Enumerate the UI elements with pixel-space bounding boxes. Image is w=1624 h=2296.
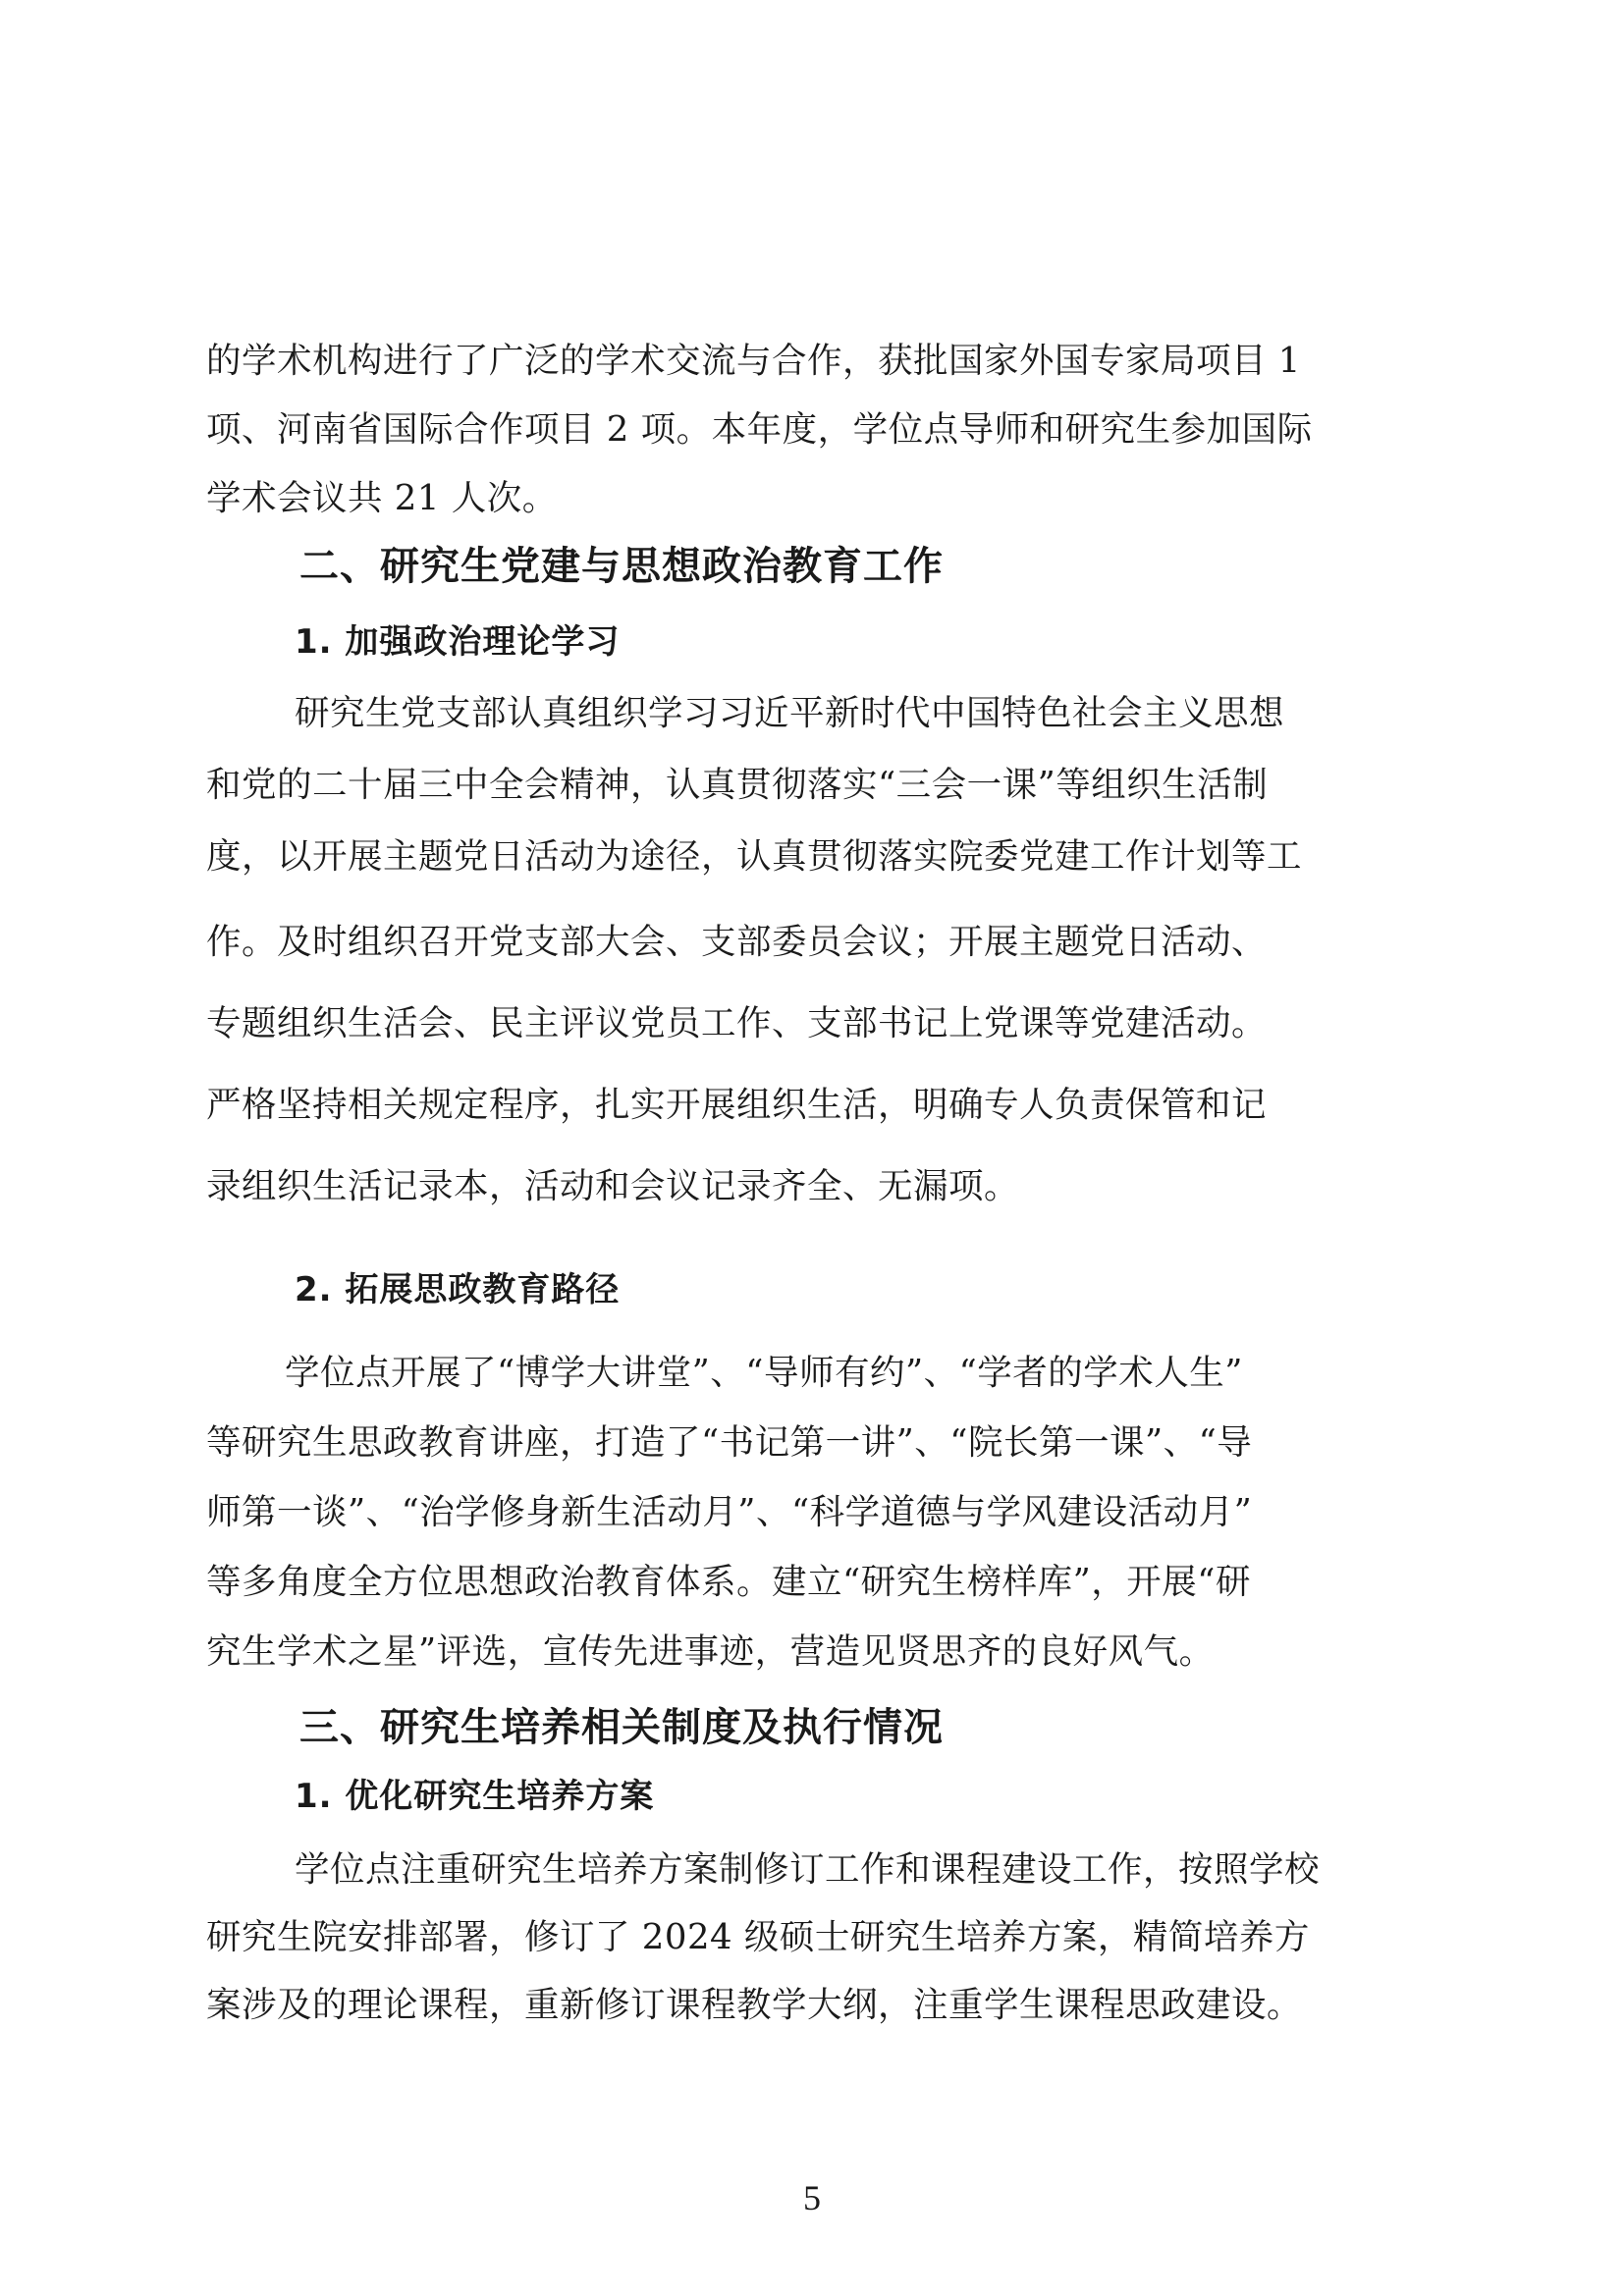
paragraph-line: 度，以开展主题党日活动为途径，认真贯彻落实院委党建工作计划等工 — [206, 835, 1302, 879]
paragraph-line: 学位点开展了“博学大讲堂”、“导师有约”、“学者的学术人生” — [285, 1352, 1243, 1395]
paragraph-line: 案涉及的理论课程，重新修订课程教学大纲，注重学生课程思政建设。 — [206, 1984, 1302, 2027]
paragraph-line: 的学术机构进行了广泛的学术交流与合作，获批国家外国专家局项目 1 — [206, 340, 1301, 383]
paragraph-line: 研究生院安排部署，修订了 2024 级硕士研究生培养方案，精简培养方 — [206, 1916, 1310, 1959]
paragraph-line: 项、河南省国际合作项目 2 项。本年度，学位点导师和研究生参加国际 — [206, 408, 1313, 452]
section-heading: 二、研究生党建与思想政治教育工作 — [299, 542, 944, 591]
subsection-heading: 1. 加强政治理论学习 — [295, 620, 620, 664]
paragraph-line: 等多角度全方位思想政治教育体系。建立“研究生榜样库”，开展“研 — [206, 1561, 1251, 1604]
paragraph-line: 学位点注重研究生培养方案制修订工作和课程建设工作，按照学校 — [295, 1848, 1320, 1892]
section-heading: 三、研究生培养相关制度及执行情况 — [299, 1703, 944, 1752]
paragraph-line: 等研究生思政教育讲座，打造了“书记第一讲”、“院长第一课”、“导 — [206, 1421, 1252, 1465]
paragraph-line: 师第一谈”、“治学修身新生活动月”、“科学道德与学风建设活动月” — [206, 1491, 1252, 1534]
subsection-heading: 2. 拓展思政教育路径 — [295, 1268, 620, 1311]
page-number: 5 — [0, 2177, 1624, 2218]
paragraph-line: 作。及时组织召开党支部大会、支部委员会议；开展主题党日活动、 — [206, 921, 1267, 964]
paragraph-line: 和党的二十届三中全会精神，认真贯彻落实“三会一课”等组织生活制 — [206, 764, 1268, 807]
paragraph-line: 专题组织生活会、民主评议党员工作、支部书记上党课等党建活动。 — [206, 1002, 1267, 1045]
subsection-heading: 1. 优化研究生培养方案 — [295, 1775, 654, 1818]
paragraph-line: 学术会议共 21 人次。 — [206, 477, 558, 520]
paragraph-line: 严格坚持相关规定程序，扎实开展组织生活，明确专人负责保管和记 — [206, 1084, 1267, 1127]
paragraph-line: 究生学术之星”评选，宣传先进事迹，营造见贤思齐的良好风气。 — [206, 1630, 1215, 1674]
paragraph-line: 研究生党支部认真组织学习习近平新时代中国特色社会主义思想 — [295, 692, 1284, 735]
paragraph-line: 录组织生活记录本，活动和会议记录齐全、无漏项。 — [206, 1165, 1019, 1208]
